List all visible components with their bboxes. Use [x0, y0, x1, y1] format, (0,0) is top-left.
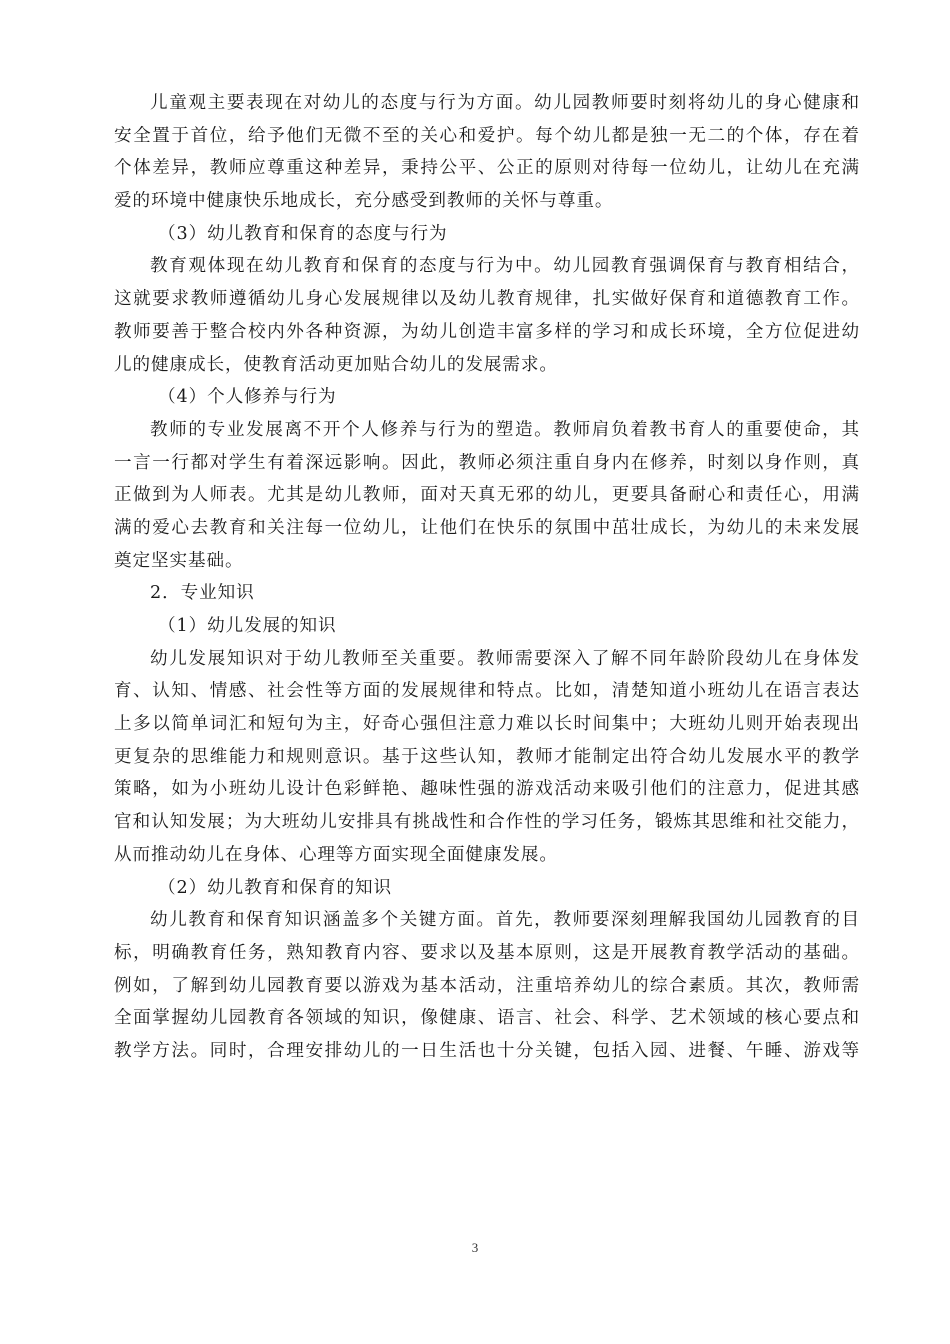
text-line: 幼儿发展知识对于幼儿教师至关重要。教师需要深入了解不同年龄阶段幼儿在身体发 — [114, 643, 860, 676]
text-line: 儿的健康成长，使教育活动更加贴合幼儿的发展需求。 — [114, 349, 860, 382]
section-heading-professional-knowledge: 2．专业知识 — [114, 577, 860, 610]
text-line: 从而推动幼儿在身体、心理等方面实现全面健康发展。 — [114, 839, 860, 872]
paragraph-personal-cultivation: 教师的专业发展离不开个人修养与行为的塑造。教师肩负着教书育人的重要使命，其 一言… — [114, 414, 860, 577]
text-line: 策略，如为小班幼儿设计色彩鲜艳、趣味性强的游戏活动来吸引他们的注意力，促进其感 — [114, 773, 860, 806]
text-line: 育、认知、情感、社会性等方面的发展规律和特点。比如，清楚知道小班幼儿在语言表达 — [114, 675, 860, 708]
text-line: 官和认知发展；为大班幼儿安排具有挑战性和合作性的学习任务，锻炼其思维和社交能力， — [114, 806, 860, 839]
text-line: 教师的专业发展离不开个人修养与行为的塑造。教师肩负着教书育人的重要使命，其 — [114, 414, 860, 447]
text-line: 教师要善于整合校内外各种资源，为幼儿创造丰富多样的学习和成长环境，全方位促进幼 — [114, 316, 860, 349]
page-number: 3 — [0, 1240, 950, 1256]
text-line: 个体差异，教师应尊重这种差异，秉持公平、公正的原则对待每一位幼儿，让幼儿在充满 — [114, 152, 860, 185]
text-line: 爱的环境中健康快乐地成长，充分感受到教师的关怀与尊重。 — [114, 185, 860, 218]
text-line: 教育观体现在幼儿教育和保育的态度与行为中。幼儿园教育强调保育与教育相结合， — [114, 250, 860, 283]
text-line: 正做到为人师表。尤其是幼儿教师，面对天真无邪的幼儿，更要具备耐心和责任心，用满 — [114, 479, 860, 512]
subheading-education-attitude: （3）幼儿教育和保育的态度与行为 — [114, 218, 860, 251]
paragraph-child-development: 幼儿发展知识对于幼儿教师至关重要。教师需要深入了解不同年龄阶段幼儿在身体发 育、… — [114, 643, 860, 872]
text-line: 全面掌握幼儿园教育各领域的知识，像健康、语言、社会、科学、艺术领域的核心要点和 — [114, 1002, 860, 1035]
subheading-personal-cultivation: （4）个人修养与行为 — [114, 381, 860, 414]
text-line: 教学方法。同时，合理安排幼儿的一日生活也十分关键，包括入园、进餐、午睡、游戏等 — [114, 1035, 860, 1068]
text-line: 上多以简单词汇和短句为主，好奇心强但注意力难以长时间集中；大班幼儿则开始表现出 — [114, 708, 860, 741]
text-line: 奠定坚实基础。 — [114, 545, 860, 578]
text-line: 这就要求教师遵循幼儿身心发展规律以及幼儿教育规律，扎实做好保育和道德教育工作。 — [114, 283, 860, 316]
paragraph-education-view: 教育观体现在幼儿教育和保育的态度与行为中。幼儿园教育强调保育与教育相结合， 这就… — [114, 250, 860, 381]
text-line: 儿童观主要表现在对幼儿的态度与行为方面。幼儿园教师要时刻将幼儿的身心健康和 — [114, 87, 860, 120]
text-line: 更复杂的思维能力和规则意识。基于这些认知，教师才能制定出符合幼儿发展水平的教学 — [114, 741, 860, 774]
text-line: 幼儿教育和保育知识涵盖多个关键方面。首先，教师要深刻理解我国幼儿园教育的目 — [114, 904, 860, 937]
paragraph-education-care-knowledge: 幼儿教育和保育知识涵盖多个关键方面。首先，教师要深刻理解我国幼儿园教育的目 标，… — [114, 904, 860, 1067]
text-line: 标，明确教育任务，熟知教育内容、要求以及基本原则，这是开展教育教学活动的基础。 — [114, 937, 860, 970]
text-line: 例如，了解到幼儿园教育要以游戏为基本活动，注重培养幼儿的综合素质。其次，教师需 — [114, 970, 860, 1003]
text-line: 满的爱心去教育和关注每一位幼儿，让他们在快乐的氛围中茁壮成长，为幼儿的未来发展 — [114, 512, 860, 545]
paragraph-childhood-view: 儿童观主要表现在对幼儿的态度与行为方面。幼儿园教师要时刻将幼儿的身心健康和 安全… — [114, 87, 860, 218]
subheading-education-care-knowledge: （2）幼儿教育和保育的知识 — [114, 872, 860, 905]
text-line: 安全置于首位，给予他们无微不至的关心和爱护。每个幼儿都是独一无二的个体，存在着 — [114, 120, 860, 153]
text-line: 一言一行都对学生有着深远影响。因此，教师必须注重自身内在修养，时刻以身作则，真 — [114, 447, 860, 480]
document-page: 儿童观主要表现在对幼儿的态度与行为方面。幼儿园教师要时刻将幼儿的身心健康和 安全… — [114, 87, 860, 1068]
subheading-child-development: （1）幼儿发展的知识 — [114, 610, 860, 643]
